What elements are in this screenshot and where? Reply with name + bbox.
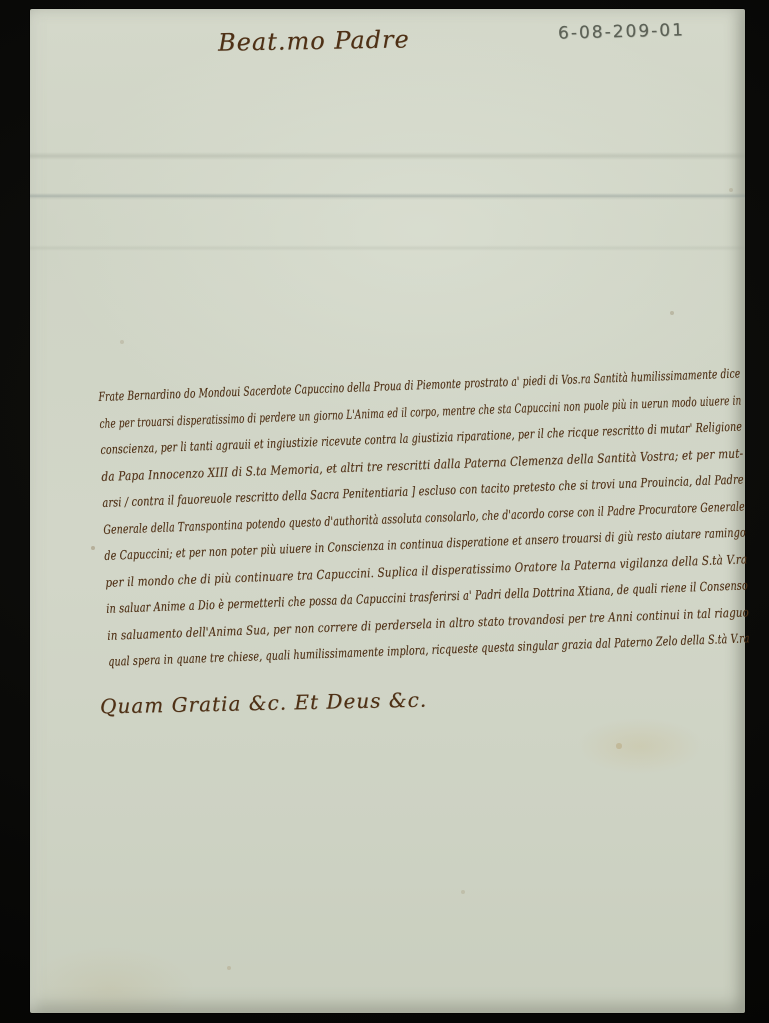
manuscript-body: Frate Bernardino do Mondoui Sacerdote Ca… [98,360,750,675]
salutation-heading: Beat.mo Padre [218,25,410,56]
fold-crease-faint [30,245,745,251]
fold-crease-lower [30,193,745,200]
closing-formula: Quam Gratia &c. Et Deus &c. [100,688,428,719]
paper-sheet: 6-08-209-01 Beat.mo Padre Frate Bernardi… [30,9,745,1013]
archive-shelfmark: 6-08-209-01 [558,20,685,43]
fold-crease-upper [30,152,745,160]
paper-stains [30,9,32,11]
scanned-document-view: 6-08-209-01 Beat.mo Padre Frate Bernardi… [0,0,769,1023]
